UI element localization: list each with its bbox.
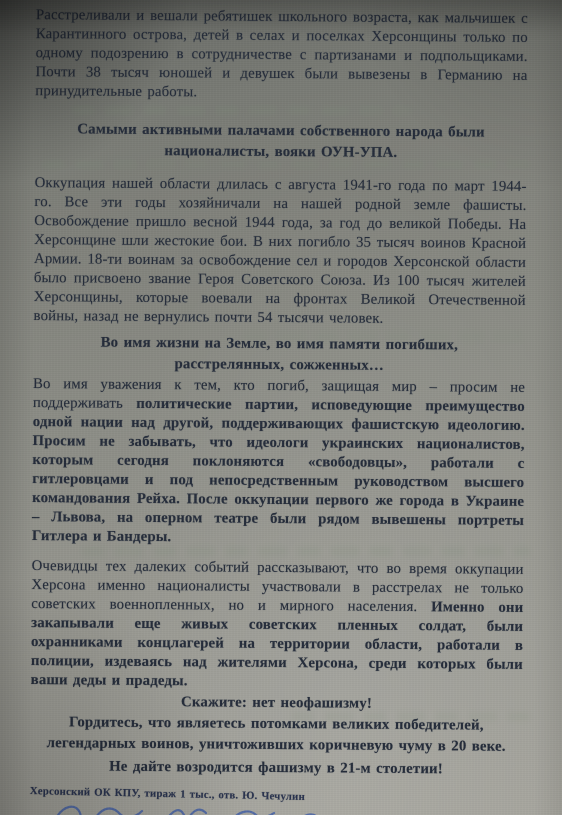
heading-block-2: Самыми активными палачами собственного н… [55,119,507,164]
center-block-9: Не дайте возродится фашизму в 21-м столе… [30,756,522,781]
text-segment: Самыми активными палачами собственного н… [77,121,485,160]
text-segment: Скажите: нет неофашизму! [181,694,372,712]
paragraph-block-6: Очевидцы тех далеких событий рассказываю… [31,557,524,694]
paragraph-block-5: Во имя уважения к тем, кто погиб, защища… [32,375,525,550]
text-segment: Оккупация нашей области длилась с август… [34,175,527,327]
document-blocks: Расстреливали и вешали ребятишек школьно… [30,6,528,781]
heading-block-4: Во имя жизни на Земле, во имя памяти пог… [53,332,505,377]
text-segment: Во имя жизни на Земле, во имя памяти пог… [101,335,459,374]
center-block-8: Гордитесь, что являетесь потомками велик… [30,712,522,758]
document-photo: Расстреливали и вешали ребятишек школьно… [0,0,562,815]
paragraph-block-1: Расстреливали и вешали ребятишек школьно… [35,6,528,105]
document-content: Расстреливали и вешали ребятишек школьно… [30,6,528,805]
text-segment: Гордитесь, что являетесь потомками велик… [47,714,506,754]
text-segment: Расстреливали и вешали ребятишек школьно… [35,7,528,100]
handwritten-mark-icon [28,787,458,815]
text-segment: политические партии, исповедующие преиму… [32,396,525,545]
text-segment: Не дайте возродится фашизму в 21-м столе… [109,759,443,778]
paragraph-block-3: Оккупация нашей области длилась с август… [33,174,526,330]
